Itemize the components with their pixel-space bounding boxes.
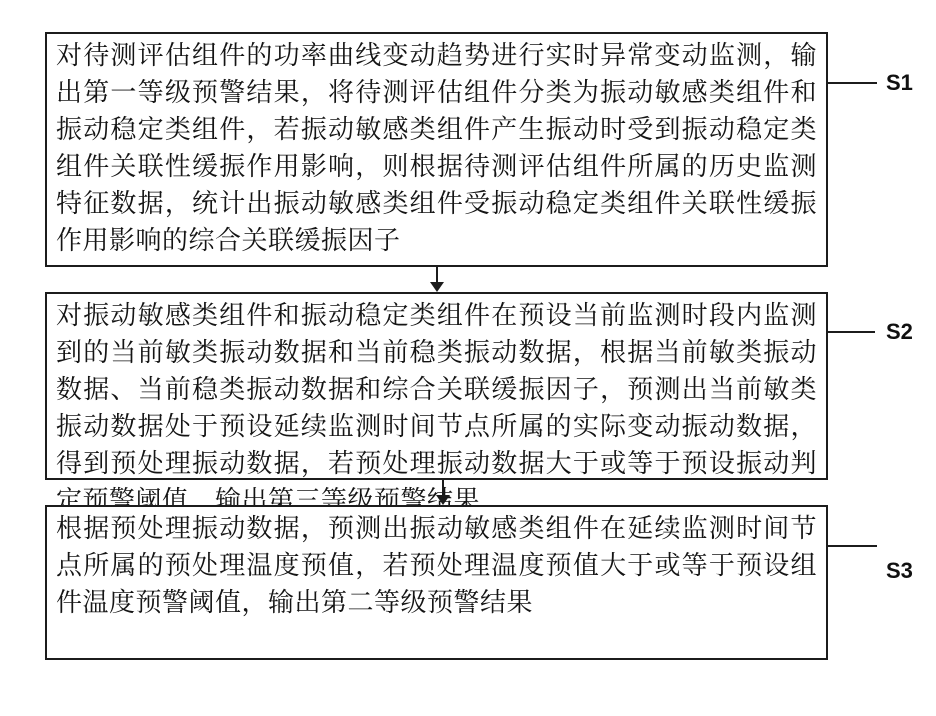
- flow-arrow-s2-to-s3: [436, 480, 450, 505]
- arrow-shaft: [436, 267, 438, 283]
- arrow-shaft: [442, 480, 444, 496]
- step-label-leader-line-s1: [828, 82, 877, 84]
- step-label-s2: S2: [886, 319, 913, 345]
- down-arrow-icon: [430, 282, 444, 292]
- flowchart-canvas: 对待测评估组件的功率曲线变动趋势进行实时异常变动监测，输出第一等级预警结果，将待…: [0, 0, 936, 716]
- step-label-leader-line-s2: [828, 331, 875, 333]
- flow-step-text-s1: 对待测评估组件的功率曲线变动趋势进行实时异常变动监测，输出第一等级预警结果，将待…: [47, 34, 826, 259]
- step-label-s1: S1: [886, 70, 913, 96]
- flow-step-box-s3: 根据预处理振动数据，预测出振动敏感类组件在延续监测时间节点所属的预处理温度预值，…: [45, 505, 828, 660]
- down-arrow-icon: [436, 495, 450, 505]
- flow-step-box-s1: 对待测评估组件的功率曲线变动趋势进行实时异常变动监测，输出第一等级预警结果，将待…: [45, 32, 828, 267]
- step-label-s3: S3: [886, 558, 913, 584]
- flow-step-text-s3: 根据预处理振动数据，预测出振动敏感类组件在延续监测时间节点所属的预处理温度预值，…: [47, 507, 826, 621]
- flow-step-box-s2: 对振动敏感类组件和振动稳定类组件在预设当前监测时段内监测到的当前敏类振动数据和当…: [45, 292, 828, 480]
- step-label-leader-line-s3: [828, 545, 877, 547]
- flow-arrow-s1-to-s2: [430, 267, 444, 292]
